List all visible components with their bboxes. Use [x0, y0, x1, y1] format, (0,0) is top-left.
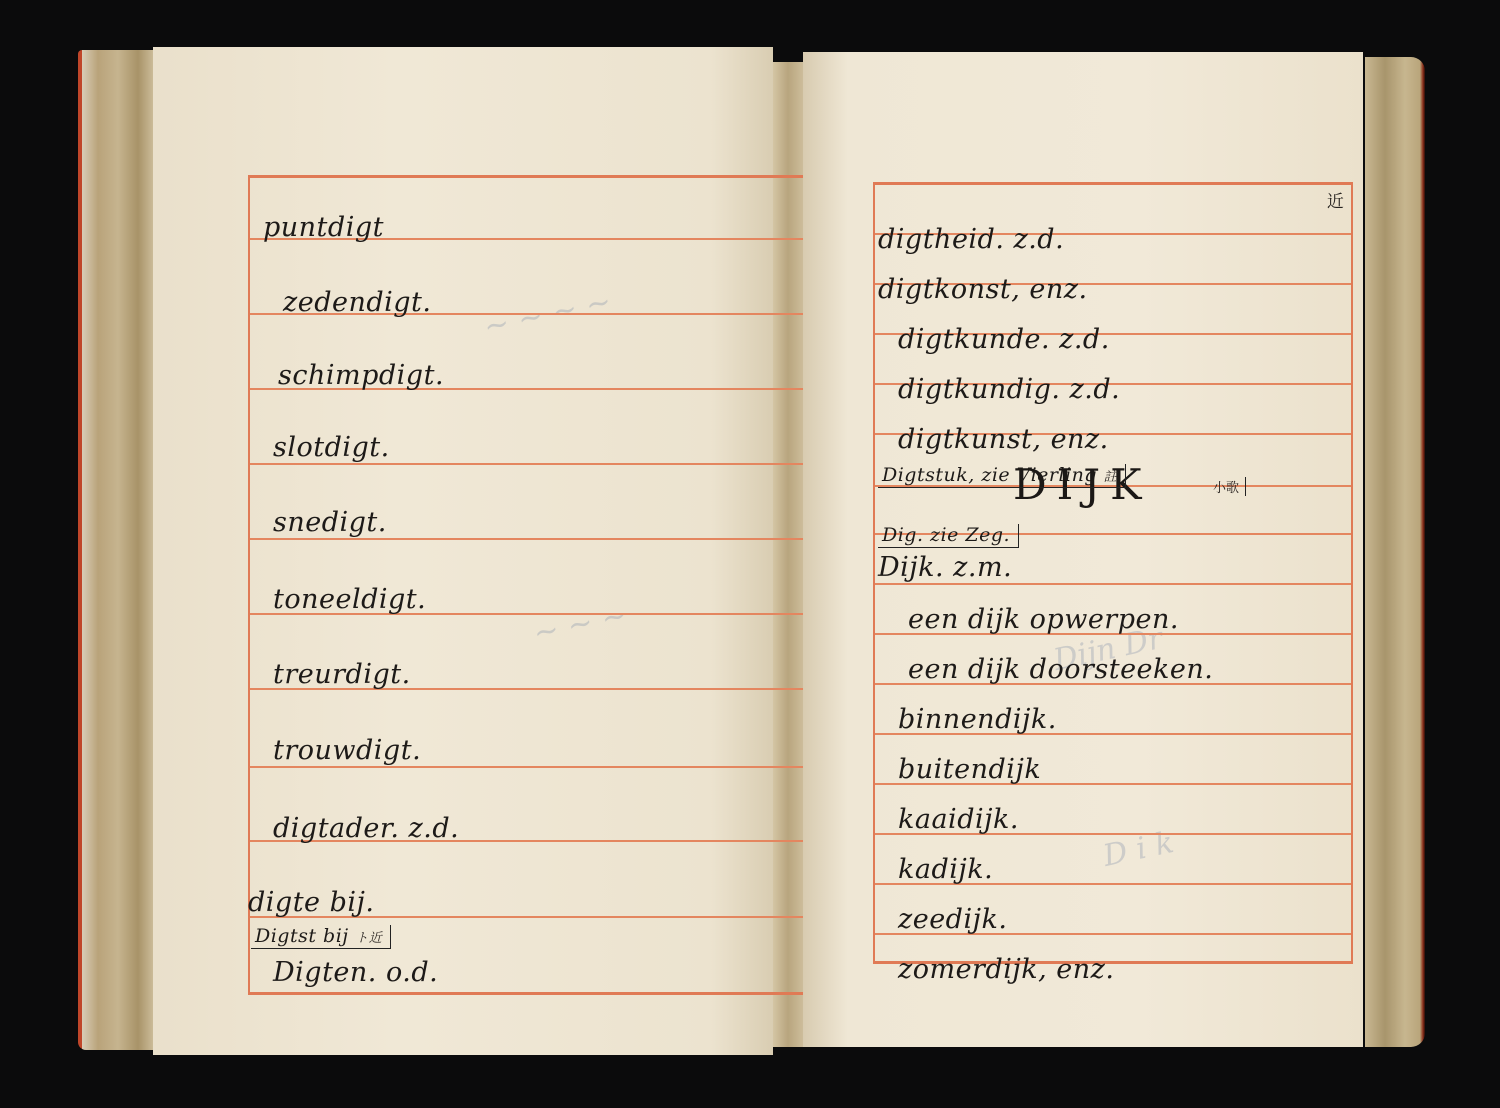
open-book: ~ ~ ~ ~ ~ ~ ~ puntdigt zedendigt. schimp… — [70, 42, 1435, 1062]
dictionary-entry: digtkonst, enz. — [878, 274, 1088, 305]
right-page: Dijn Dr D i k DIJK digtheid. z.d. digtko… — [803, 52, 1363, 1047]
cross-reference-entry: Dig. zie Zeg. — [878, 524, 1019, 548]
left-page: ~ ~ ~ ~ ~ ~ ~ puntdigt zedendigt. schimp… — [153, 47, 773, 1055]
dictionary-entry: een dijk opwerpen. — [908, 604, 1179, 635]
dictionary-entry: zomerdijk, enz. — [898, 954, 1114, 985]
dictionary-entry: snedigt. — [273, 507, 387, 538]
dictionary-entry: digtkunst, enz. — [898, 424, 1109, 455]
dictionary-entry: kadijk. — [898, 854, 993, 885]
left-page-block-edge — [78, 50, 153, 1050]
dictionary-entry: kaaidijk. — [898, 804, 1019, 835]
dictionary-entry: schimpdigt. — [278, 360, 444, 391]
right-page-block-edge — [1365, 57, 1425, 1047]
japanese-gloss-column: 近 — [1323, 192, 1341, 209]
boxed-margin-note: 小歌 — [1213, 477, 1246, 496]
dictionary-entry: digte bij. — [248, 887, 375, 918]
dictionary-entry: slotdigt. — [273, 432, 390, 463]
cross-reference-entry: Digtstuk, zie Vierling 註 — [878, 464, 1126, 488]
dictionary-entry: digtkunde. z.d. — [898, 324, 1110, 355]
dictionary-entry: zeedijk. — [898, 904, 1007, 935]
dictionary-entry: Dijk. z.m. — [878, 552, 1012, 583]
dictionary-entry: binnendijk. — [898, 704, 1057, 735]
dictionary-entry: treurdigt. — [273, 659, 411, 690]
dictionary-entry: een dijk doorsteeken. — [908, 654, 1213, 685]
dictionary-entry: puntdigt — [263, 212, 384, 243]
dictionary-entry: digtheid. z.d. — [878, 224, 1064, 255]
dictionary-entry: buitendijk — [898, 754, 1041, 785]
dictionary-entry: Digten. o.d. — [273, 957, 438, 988]
cross-reference-entry: Digtst bij ト近 — [251, 925, 391, 949]
dictionary-entry: trouwdigt. — [273, 735, 421, 766]
dictionary-entry: toneeldigt. — [273, 584, 426, 615]
dictionary-entry: digtader. z.d. — [273, 813, 459, 844]
dictionary-entry: zedendigt. — [283, 287, 432, 318]
dictionary-entry: digtkundig. z.d. — [898, 374, 1120, 405]
